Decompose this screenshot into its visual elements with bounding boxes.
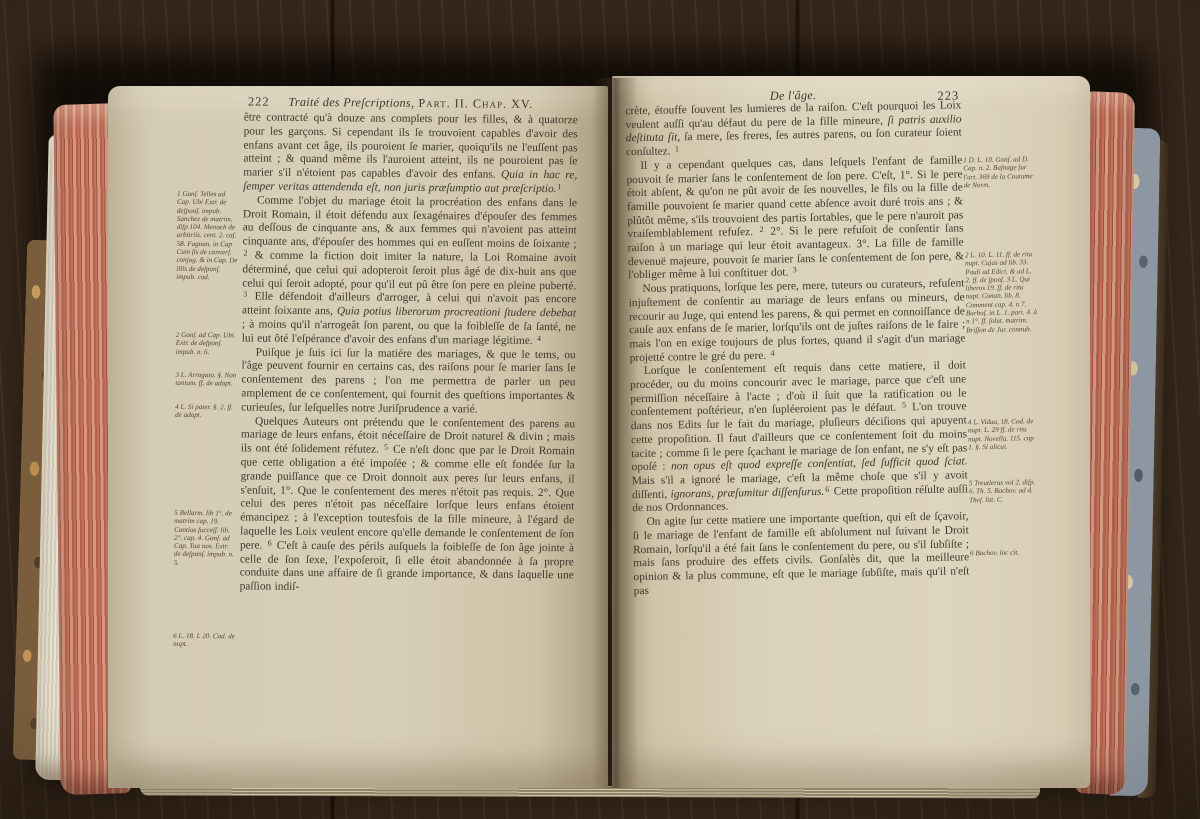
margin-note: 2 L. 10. L. 11. ff. de ritu nupt. Cujas …: [965, 250, 1038, 334]
left-page-surface: 222 Traité des Preſcriptions, Part. II. …: [102, 84, 608, 790]
margin-note: 2 Gonſ. ad Cap. Ubi. Extr. de deſponſ. i…: [176, 331, 238, 356]
margin-note: 6 L. 18. L 20. Cod. de nupt.: [173, 632, 235, 649]
margin-note: 4 L. Vidua, 18. Cod. de nupt. L. 29 ff. …: [968, 417, 1041, 451]
margin-note: 1 Gonſ. Telles ad Cap. Ubi Extr. de deſp…: [176, 190, 239, 282]
right-page-surface: De l'âge. 223 crète, étouffe ſouvent les…: [611, 70, 1101, 790]
margin-note: 3 L. Arrogato. §. Non tantum. ff. de ado…: [175, 371, 237, 388]
margin-note: 6 Bachov. loc cit.: [970, 548, 1042, 558]
margin-note: 5 Treutlerus vol 2. diſp. 6. Th. 5. Bach…: [969, 478, 1041, 504]
book-gutter-shadow: [592, 78, 638, 788]
left-page: 222 Traité des Preſcriptions, Part. II. …: [108, 86, 608, 788]
margin-note: 1 D. L. 10. Gonſ. ad D. Cap. n. 2. Baſna…: [963, 155, 1036, 189]
margin-note: 5 Bellarm. lib 1°. de matrim cap. 19. Co…: [174, 509, 237, 568]
photo-of-open-antique-book: 222 Traité des Preſcriptions, Part. II. …: [0, 0, 1200, 819]
right-margin-notes: 1 D. L. 10. Gonſ. ad D. Cap. n. 2. Baſna…: [611, 70, 1101, 790]
margin-note: 4 L. Si pater. §. 2. ff. de adopt.: [175, 403, 237, 420]
left-margin-notes: 1 Gonſ. Telles ad Cap. Ubi Extr. de deſp…: [102, 84, 608, 790]
right-page: De l'âge. 223 crète, étouffe ſouvent les…: [612, 76, 1090, 788]
